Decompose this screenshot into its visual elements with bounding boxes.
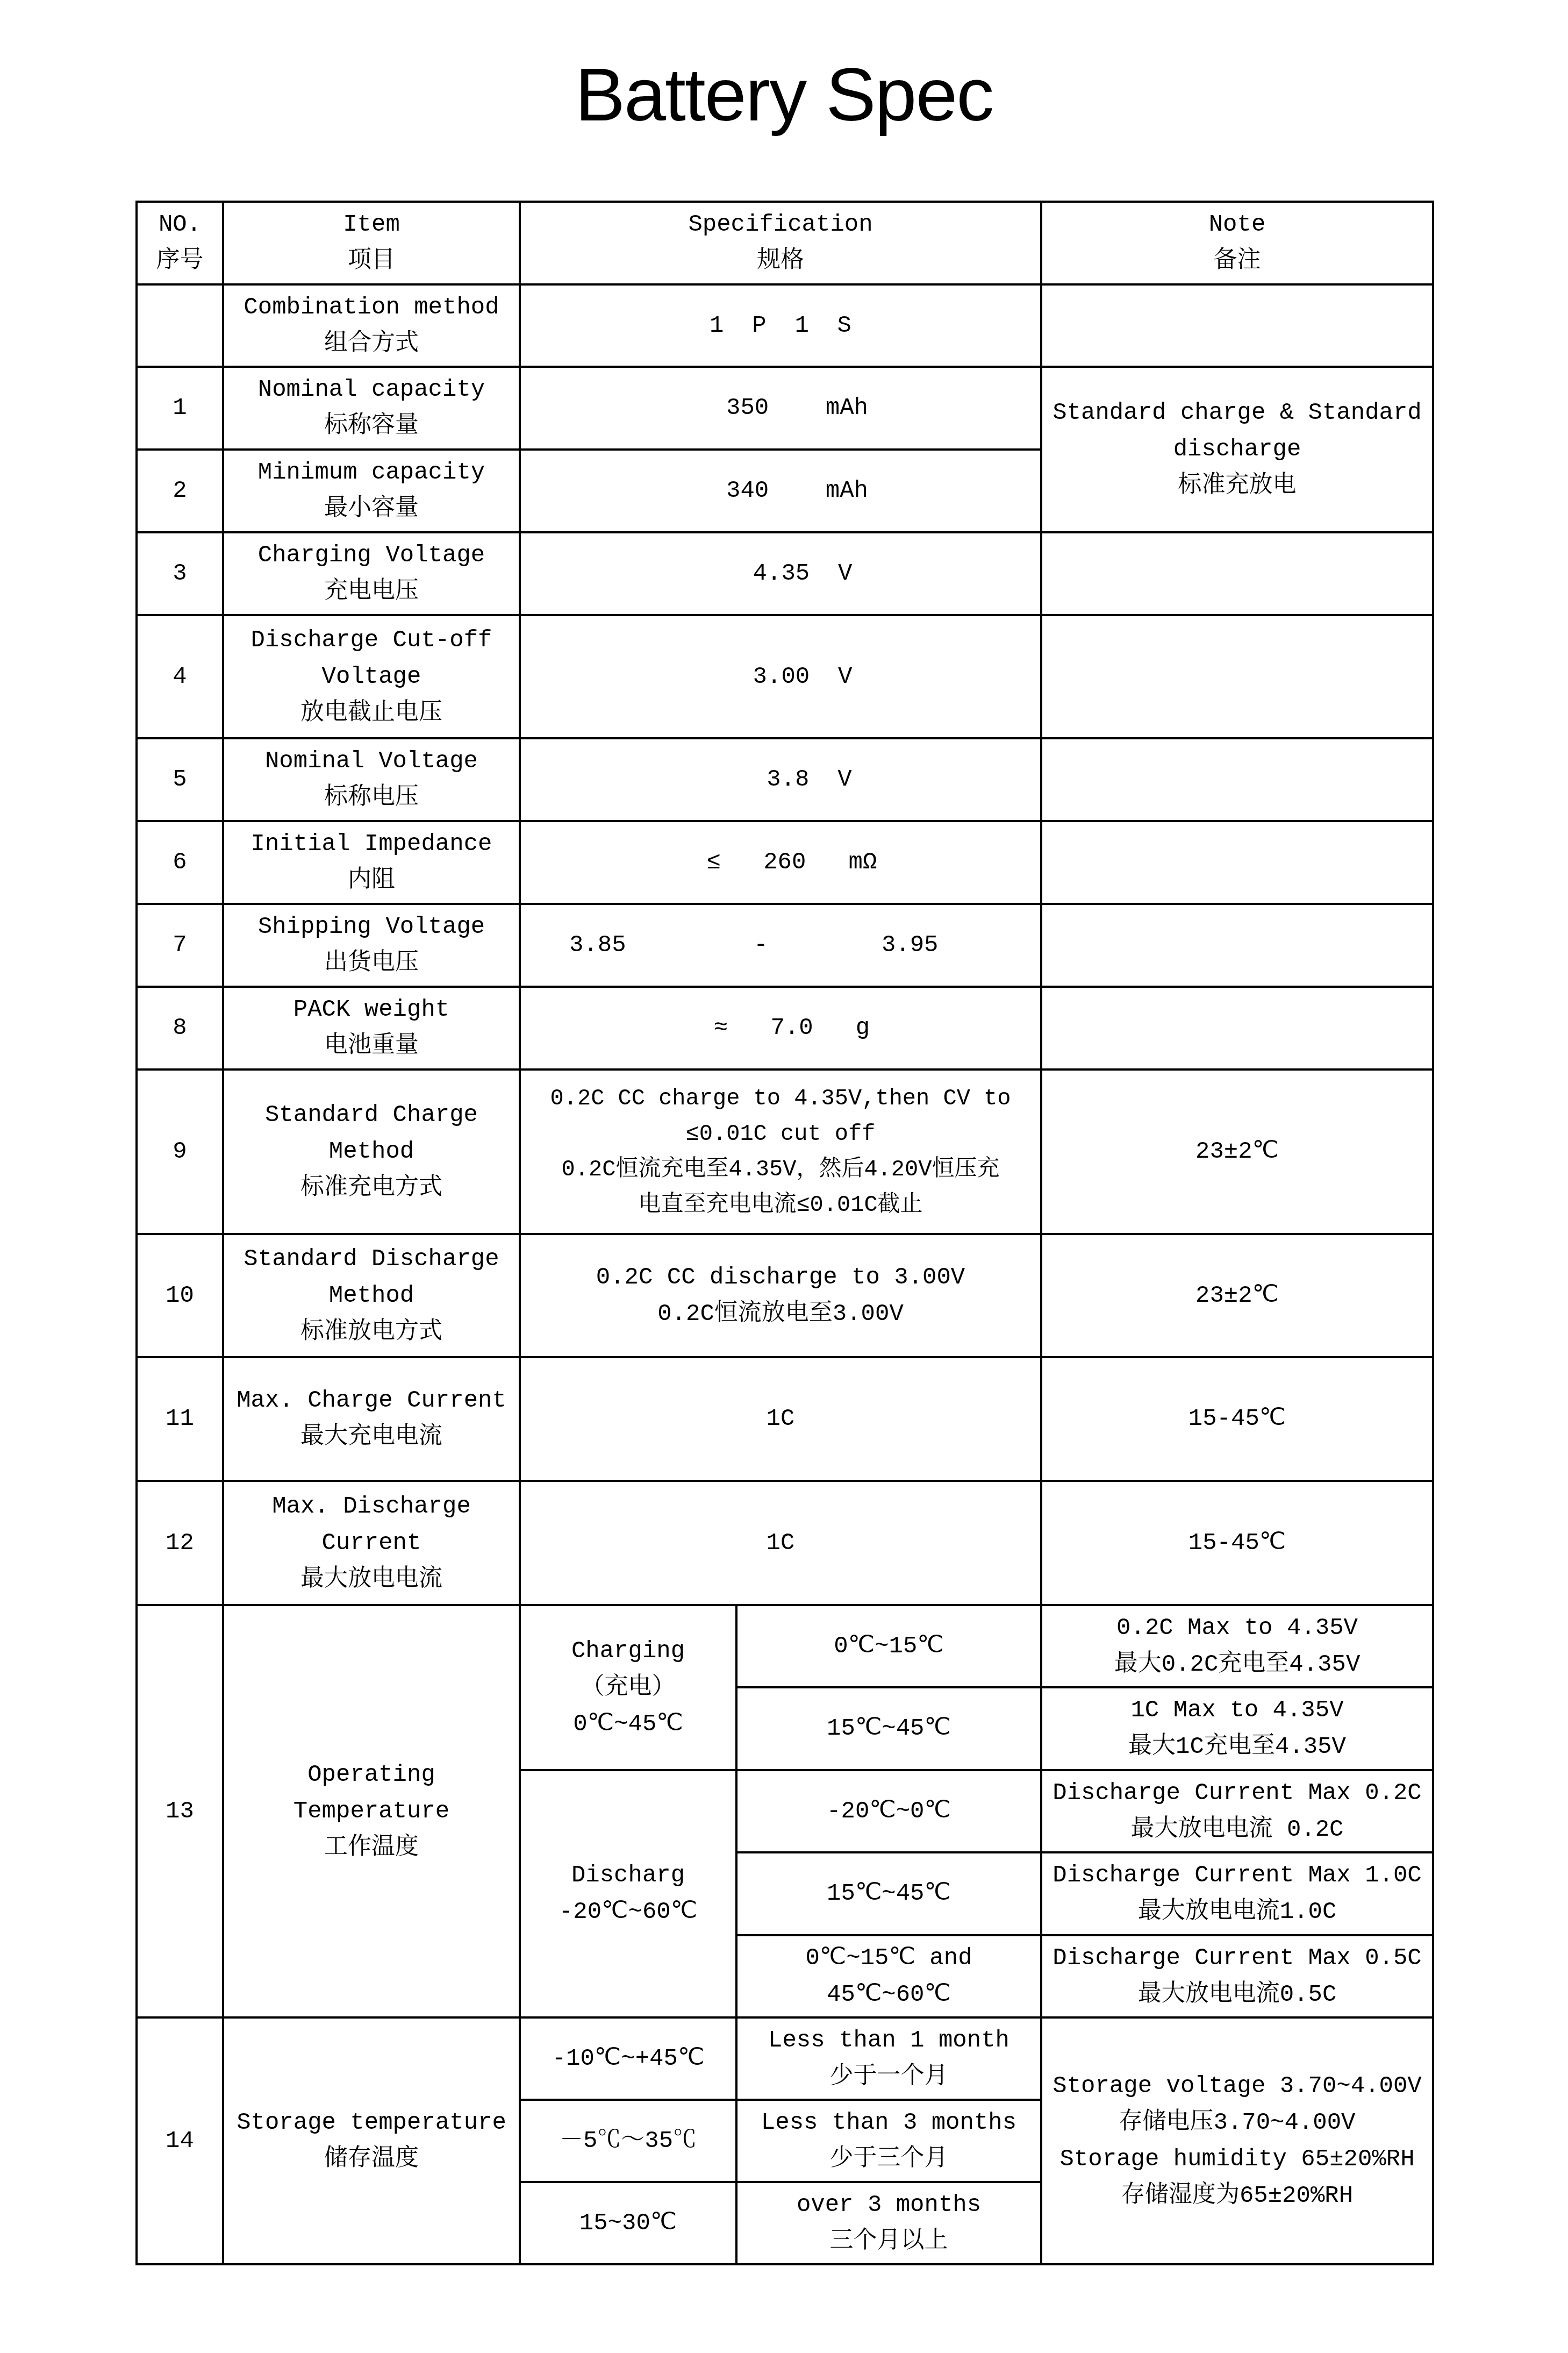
row-no: 2 xyxy=(137,450,223,532)
row-no: 6 xyxy=(137,821,223,904)
row-spec: 1C xyxy=(520,1357,1041,1481)
range-note: 0.2C Max to 4.35V 最大0.2C充电至4.35V xyxy=(1041,1605,1433,1687)
temp-range: 15℃~45℃ xyxy=(736,1687,1041,1770)
storage-note: Storage voltage 3.70~4.00V 存储电压3.70~4.00… xyxy=(1041,2017,1433,2264)
row-no: 3 xyxy=(137,532,223,615)
row-no: 7 xyxy=(137,904,223,987)
row-spec: 340 mAh xyxy=(520,450,1041,532)
storage-temp: －5℃～35℃ xyxy=(520,2100,736,2182)
row-no: 11 xyxy=(137,1357,223,1481)
row-spec: 350 mAh xyxy=(520,367,1041,450)
row-spec: 3.8 V xyxy=(520,738,1041,821)
row-note xyxy=(1041,821,1433,904)
range-note: Discharge Current Max 0.5C 最大放电电流0.5C xyxy=(1041,1935,1433,2017)
row-note: 23±2℃ xyxy=(1041,1234,1433,1357)
storage-duration: Less than 3 months 少于三个月 xyxy=(736,2100,1041,2182)
row-no: 8 xyxy=(137,987,223,1069)
discharge-label: Discharg -20℃~60℃ xyxy=(520,1770,736,2017)
table-row: 10 Standard Discharge Method 标准放电方式 0.2C… xyxy=(137,1234,1433,1357)
row-item: Operating Temperature 工作温度 xyxy=(223,1605,520,2017)
row-no: 1 xyxy=(137,367,223,450)
row-no: 5 xyxy=(137,738,223,821)
row-no xyxy=(137,284,223,367)
row-item: Shipping Voltage 出货电压 xyxy=(223,904,520,987)
temp-range: 0℃~15℃ and 45℃~60℃ xyxy=(736,1935,1041,2017)
row-spec: 1 P 1 S xyxy=(520,284,1041,367)
table-row-operating: 13 Operating Temperature 工作温度 Charging （… xyxy=(137,1605,1433,1687)
temp-range: -20℃~0℃ xyxy=(736,1770,1041,1852)
row-item: Max. Discharge Current 最大放电电流 xyxy=(223,1481,520,1605)
table-row: 3 Charging Voltage 充电电压 4.35 V xyxy=(137,532,1433,615)
row-item: Nominal capacity 标称容量 xyxy=(223,367,520,450)
range-note: Discharge Current Max 1.0C 最大放电电流1.0C xyxy=(1041,1852,1433,1935)
table-row-storage: 14 Storage temperature 储存温度 -10℃~+45℃ Le… xyxy=(137,2017,1433,2100)
row-spec: 3.00 V xyxy=(520,615,1041,738)
row-note: 15-45℃ xyxy=(1041,1357,1433,1481)
storage-duration: over 3 months 三个月以上 xyxy=(736,2182,1041,2264)
charging-label: Charging （充电） 0℃~45℃ xyxy=(520,1605,736,1770)
table-row: 4 Discharge Cut-off Voltage 放电截止电压 3.00 … xyxy=(137,615,1433,738)
table-row: 5 Nominal Voltage 标称电压 3.8 V xyxy=(137,738,1433,821)
row-spec: ≈ 7.0 g xyxy=(520,987,1041,1069)
row-note xyxy=(1041,284,1433,367)
row-note: 15-45℃ xyxy=(1041,1481,1433,1605)
row-note: 23±2℃ xyxy=(1041,1069,1433,1234)
row-item: PACK weight 电池重量 xyxy=(223,987,520,1069)
capacity-note: Standard charge & Standard discharge 标准充… xyxy=(1041,367,1433,532)
page-title: Battery Spec xyxy=(0,51,1568,138)
row-no: 9 xyxy=(137,1069,223,1234)
temp-range: 0℃~15℃ xyxy=(736,1605,1041,1687)
row-note xyxy=(1041,738,1433,821)
row-item: Combination method 组合方式 xyxy=(223,284,520,367)
row-spec: 4.35 V xyxy=(520,532,1041,615)
row-spec: 0.2C CC discharge to 3.00V 0.2C恒流放电至3.00… xyxy=(520,1234,1041,1357)
row-item: Standard Discharge Method 标准放电方式 xyxy=(223,1234,520,1357)
row-item: Nominal Voltage 标称电压 xyxy=(223,738,520,821)
row-spec: ≤ 260 mΩ xyxy=(520,821,1041,904)
row-no: 14 xyxy=(137,2017,223,2264)
row-note xyxy=(1041,532,1433,615)
row-spec: 0.2C CC charge to 4.35V,then CV to ≤0.01… xyxy=(520,1069,1041,1234)
range-note: 1C Max to 4.35V 最大1C充电至4.35V xyxy=(1041,1687,1433,1770)
row-note xyxy=(1041,615,1433,738)
header-spec: Specification 规格 xyxy=(520,202,1041,284)
battery-spec-table: NO. 序号 Item 项目 Specification 规格 Note 备注 … xyxy=(135,201,1434,2265)
row-item: Discharge Cut-off Voltage 放电截止电压 xyxy=(223,615,520,738)
row-no: 10 xyxy=(137,1234,223,1357)
table-row: 11 Max. Charge Current 最大充电电流 1C 15-45℃ xyxy=(137,1357,1433,1481)
storage-temp: -10℃~+45℃ xyxy=(520,2017,736,2100)
row-item: Minimum capacity 最小容量 xyxy=(223,450,520,532)
temp-range: 15℃~45℃ xyxy=(736,1852,1041,1935)
row-item: Storage temperature 储存温度 xyxy=(223,2017,520,2264)
row-item: Initial Impedance 内阻 xyxy=(223,821,520,904)
row-spec: 3.85 - 3.95 V xyxy=(520,904,1041,987)
table-row: 7 Shipping Voltage 出货电压 3.85 - 3.95 V xyxy=(137,904,1433,987)
header-item: Item 项目 xyxy=(223,202,520,284)
row-no: 13 xyxy=(137,1605,223,2017)
row-no: 4 xyxy=(137,615,223,738)
table-row: 1 Nominal capacity 标称容量 350 mAh Standard… xyxy=(137,367,1433,450)
range-note: Discharge Current Max 0.2C 最大放电电流 0.2C xyxy=(1041,1770,1433,1852)
table-row: 6 Initial Impedance 内阻 ≤ 260 mΩ xyxy=(137,821,1433,904)
table-row: 9 Standard Charge Method 标准充电方式 0.2C CC … xyxy=(137,1069,1433,1234)
table-row: 12 Max. Discharge Current 最大放电电流 1C 15-4… xyxy=(137,1481,1433,1605)
table-header-row: NO. 序号 Item 项目 Specification 规格 Note 备注 xyxy=(137,202,1433,284)
header-note: Note 备注 xyxy=(1041,202,1433,284)
row-no: 12 xyxy=(137,1481,223,1605)
storage-duration: Less than 1 month 少于一个月 xyxy=(736,2017,1041,2100)
storage-temp: 15~30℃ xyxy=(520,2182,736,2264)
table-row: Combination method 组合方式 1 P 1 S xyxy=(137,284,1433,367)
row-spec: 1C xyxy=(520,1481,1041,1605)
header-no: NO. 序号 xyxy=(137,202,223,284)
row-item: Charging Voltage 充电电压 xyxy=(223,532,520,615)
table-row: 8 PACK weight 电池重量 ≈ 7.0 g xyxy=(137,987,1433,1069)
row-note xyxy=(1041,904,1433,987)
row-item: Max. Charge Current 最大充电电流 xyxy=(223,1357,520,1481)
row-item: Standard Charge Method 标准充电方式 xyxy=(223,1069,520,1234)
row-note xyxy=(1041,987,1433,1069)
